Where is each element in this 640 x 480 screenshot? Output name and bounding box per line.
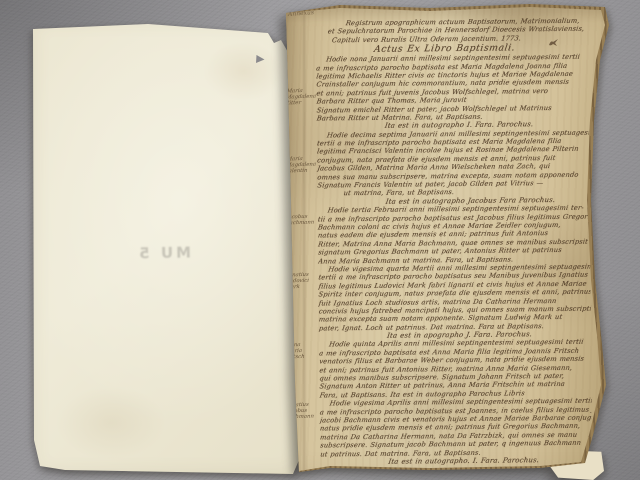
margin-note: Anna Maria Fritsch (285, 341, 317, 360)
margin-note: Maria Magdalena Valentin (285, 155, 317, 174)
margin-note: Jacobus Bachmann (285, 213, 316, 226)
margin-note: Ignatius Jacobus Bachmann (285, 401, 317, 420)
archival-scan-scene: MU 5 Annexus Registrum apographicum actu… (0, 0, 640, 480)
stamp-bleedthrough: MU 5 (131, 243, 191, 266)
right-page: Annexus Registrum apographicum actuum Ba… (280, 4, 624, 478)
left-page-wrapper: MU 5 (28, 16, 304, 478)
right-page-wrapper: Annexus Registrum apographicum actuum Ba… (280, 4, 624, 478)
margin-note: Ignatius Ludovici Mark (285, 271, 317, 290)
left-page: MU 5 (28, 16, 304, 478)
ink-bird-doodle (548, 38, 560, 47)
tear-hole (255, 54, 265, 64)
margin-note: Maria Magdalena Ritter (285, 87, 317, 106)
text-block: Registrum apographicum actuum Baptisator… (316, 17, 593, 467)
